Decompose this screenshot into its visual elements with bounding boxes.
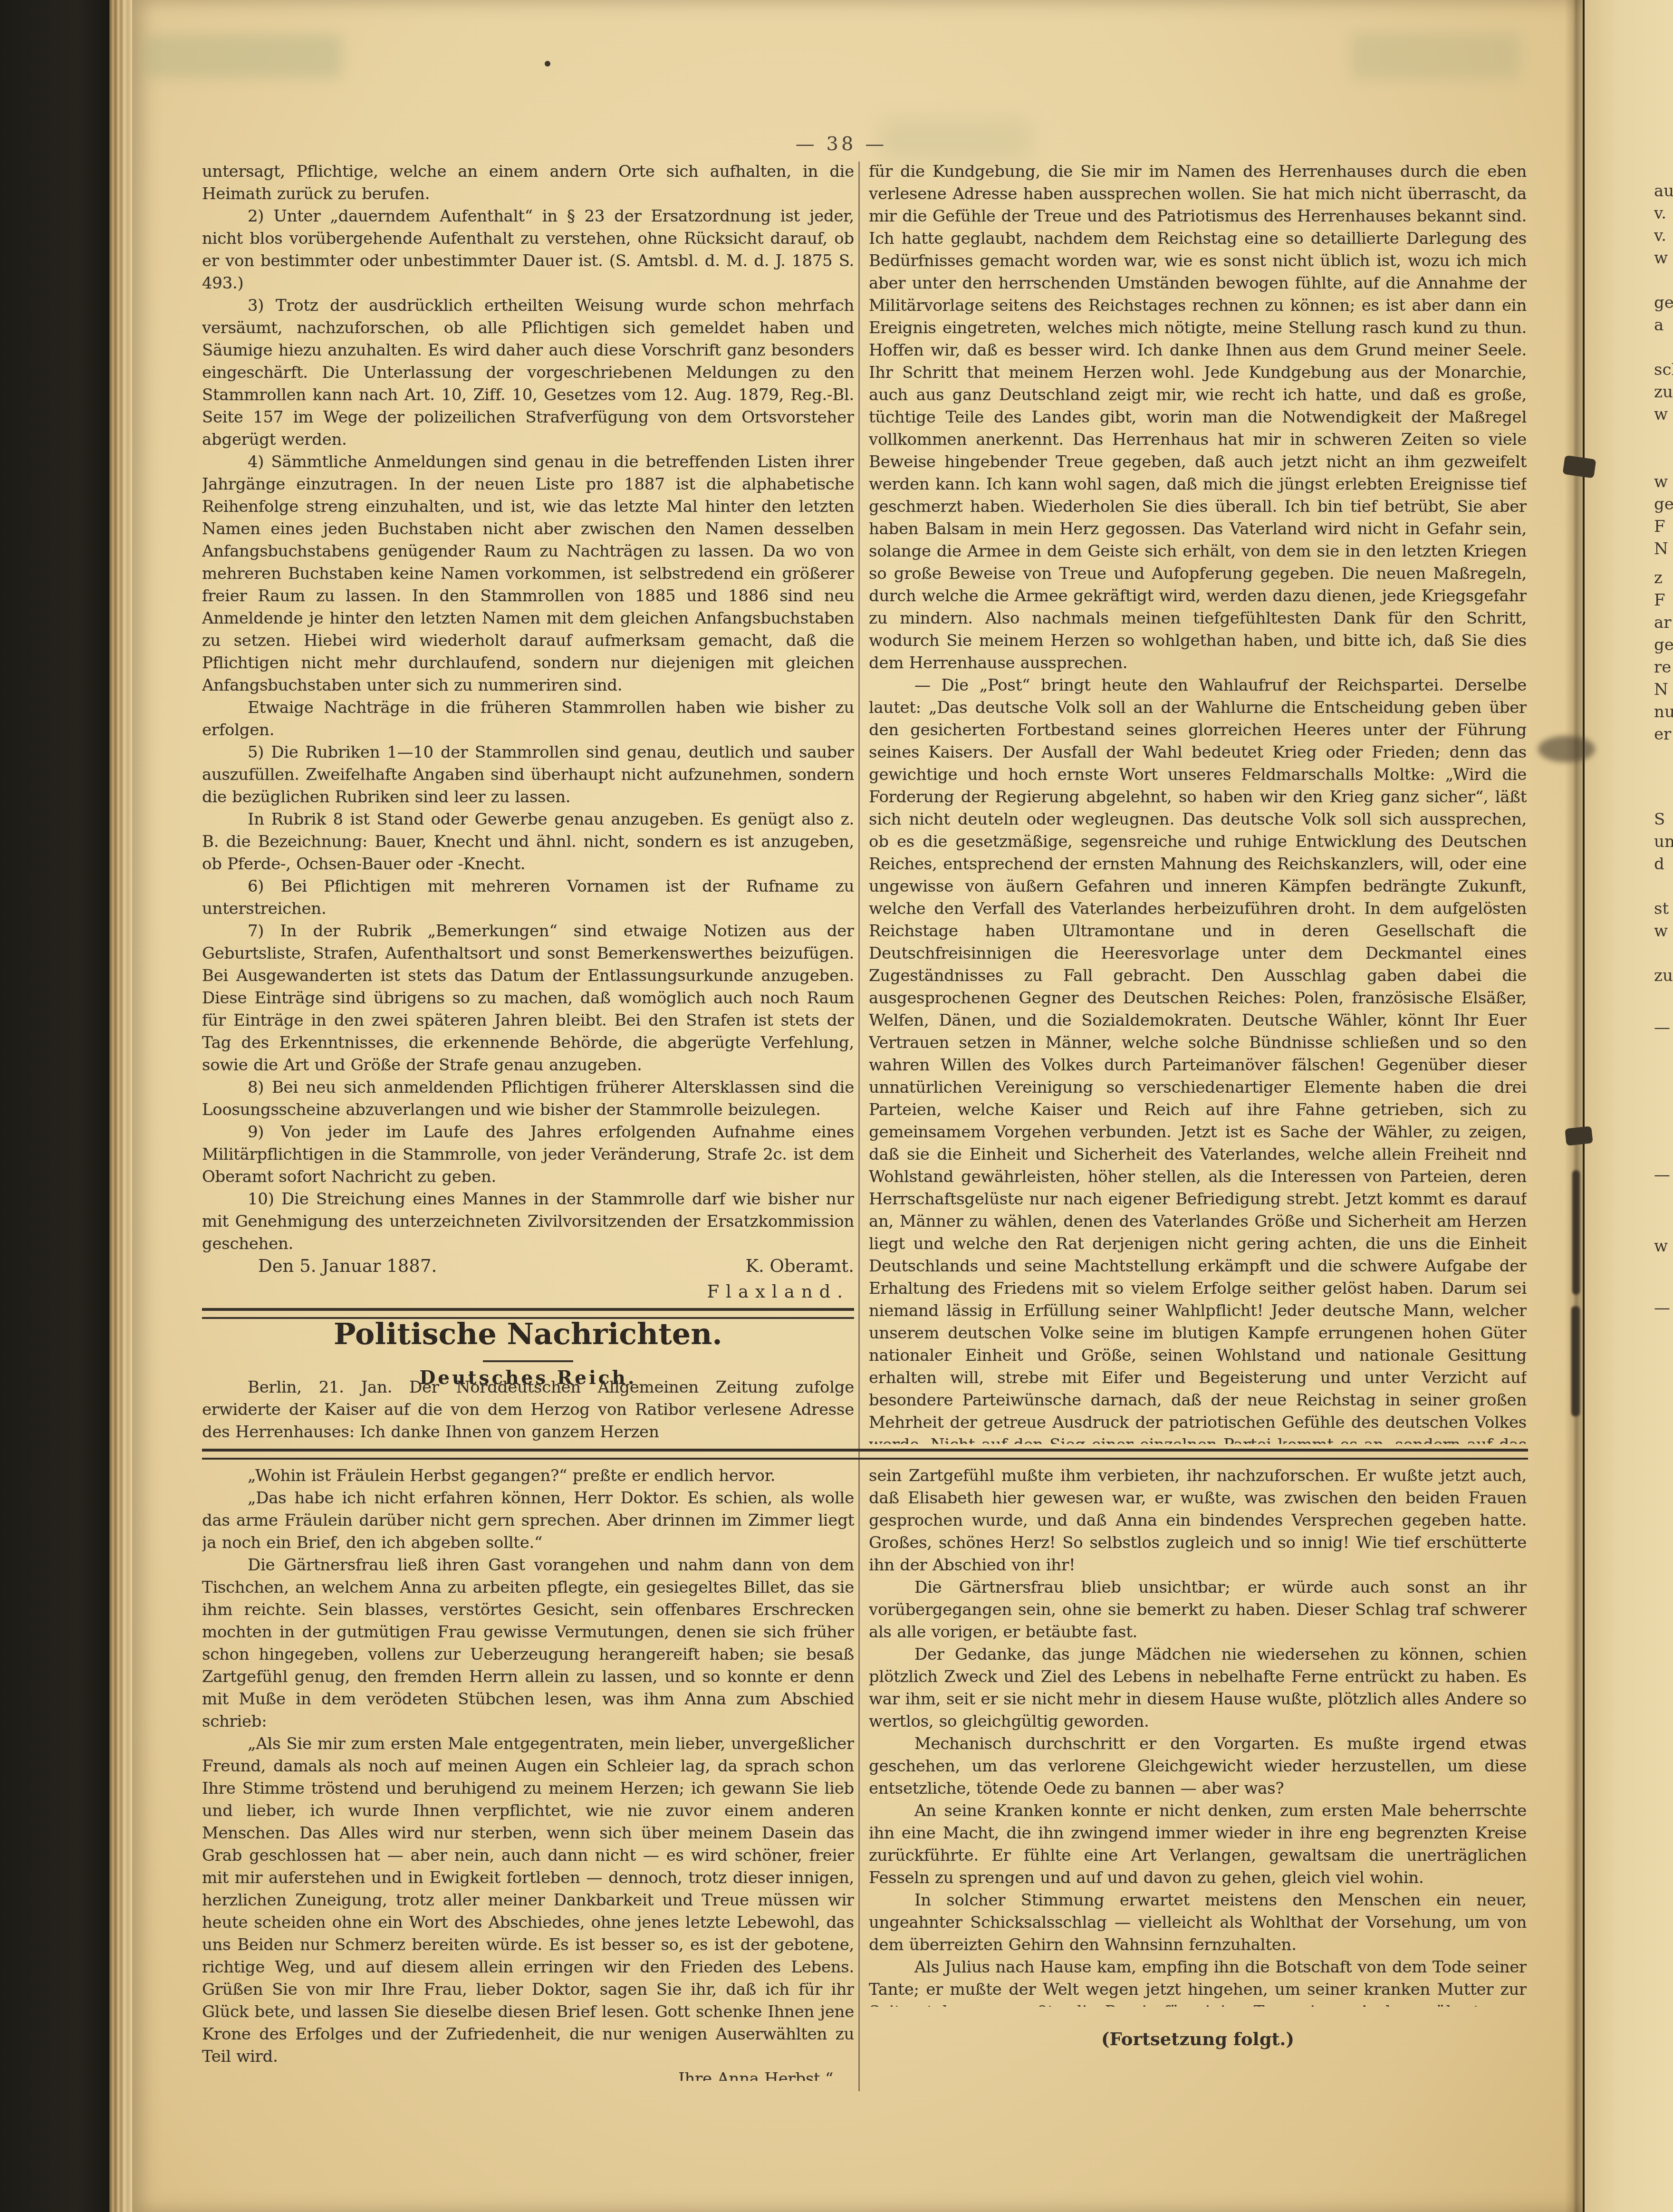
notice-paragraph: 9) Von jeder im Laufe des Jahres erfolge… (202, 1121, 854, 1188)
notice-paragraph: In Rubrik 8 ist Stand oder Gewerbe genau… (202, 808, 854, 875)
feuilleton-paragraph: Als Julius nach Hause kam, empfing ihn d… (869, 1956, 1527, 2007)
adjacent-line-fragment: w (1654, 1237, 1673, 1256)
notice-date: Den 5. Januar 1887. (202, 1256, 437, 1276)
adjacent-line-fragment: w (1654, 405, 1673, 424)
feuilleton-paragraph: In solcher Stimmung erwartet meistens de… (869, 1889, 1527, 1956)
kaiser-reply-column: für die Kundgebung, die Sie mir im Namen… (869, 161, 1527, 1444)
notice-signature-name: Flaxland. (202, 1281, 849, 1302)
feuilleton-right-column: sein Zartgefühl mußte ihm verbieten, ihr… (869, 1465, 1527, 2007)
adjacent-line-fragment: — (1654, 1298, 1673, 1318)
adjacent-line-fragment: sch (1654, 360, 1673, 379)
adjacent-line-fragment: ge (1654, 635, 1673, 654)
adjacent-line-fragment: — (1654, 1165, 1673, 1184)
adjacent-line-fragment: d (1654, 855, 1673, 874)
notice-paragraph: 4) Sämmtliche Anmeldungen sind genau in … (202, 451, 854, 697)
ink-streak (1571, 1306, 1580, 1416)
ghost-impression (1350, 32, 1521, 80)
adjacent-line-fragment: w (1654, 472, 1673, 491)
feuilleton-paragraph: „Als Sie mir zum ersten Male entgegentra… (202, 1733, 854, 2068)
adjacent-line-fragment: re (1654, 658, 1673, 677)
politics-paragraph: — Die „Post“ bringt heute den Wahlaufruf… (869, 674, 1527, 1444)
adjacent-line-fragment: nu (1654, 702, 1673, 721)
book-gutter (0, 0, 109, 2212)
feuilleton-paragraph: Ihre Anna Herbst.“ (202, 2068, 854, 2081)
adjacent-line-fragment: F (1654, 517, 1673, 536)
notice-paragraph: 7) In der Rubrik „Bemerkungen“ sind etwa… (202, 920, 854, 1077)
paper-hole (1565, 1126, 1593, 1146)
adjacent-line-fragment: w (1654, 249, 1673, 268)
adjacent-line-fragment: — (1654, 1018, 1673, 1037)
adjacent-line-fragment: er (1654, 725, 1673, 744)
adjacent-line-fragment: w (1654, 922, 1673, 941)
feuilleton-paragraph: An seine Kranken konnte er nicht denken,… (869, 1800, 1527, 1889)
feuilleton-paragraph: Die Gärtnersfrau ließ ihren Gast vorange… (202, 1554, 854, 1733)
feuilleton-left-column: „Wohin ist Fräulein Herbst gegangen?“ pr… (202, 1465, 854, 2081)
adjacent-line-fragment: a (1654, 316, 1673, 335)
ghost-impression (143, 34, 342, 78)
feuilleton-paragraph: Der Gedanke, das junge Mädchen nie wiede… (869, 1644, 1527, 1733)
page-stack-edges (109, 0, 132, 2212)
adjacent-line-fragment: ge (1654, 495, 1673, 514)
adjacent-line-fragment: z (1654, 568, 1673, 587)
adjacent-line-fragment: zu (1654, 966, 1673, 985)
notice-paragraph: 6) Bei Pflichtigen mit mehreren Vornamen… (202, 875, 854, 920)
adjacent-line-fragment: v. (1654, 226, 1673, 245)
adjacent-line-fragment: ar (1654, 613, 1673, 632)
notice-paragraph: 8) Bei neu sich anmeldenden Pflichtigen … (202, 1077, 854, 1121)
adjacent-line-fragment: un (1654, 832, 1673, 851)
adjacent-line-fragment: v. (1654, 204, 1673, 223)
ink-speck (545, 61, 550, 67)
page-number: — 38 — (741, 133, 941, 155)
notice-paragraph: Etwaige Nachträge in die früheren Stammr… (202, 697, 854, 741)
notice-signature-office: K. Oberamt. (745, 1256, 854, 1276)
ink-streak (1572, 1170, 1580, 1295)
section-title: Politische Nachrichten. (202, 1317, 854, 1351)
adjacent-line-fragment: S (1654, 810, 1673, 829)
page-fold-shadow (1565, 0, 1585, 2212)
notice-paragraph: 5) Die Rubriken 1—10 der Stammrollen sin… (202, 741, 854, 808)
continuation-note: (Fortsetzung folgt.) (869, 2029, 1527, 2049)
feuilleton-paragraph: „Das habe ich nicht erfahren können, Her… (202, 1487, 854, 1554)
feuilleton-paragraph: sein Zartgefühl mußte ihm verbieten, ihr… (869, 1465, 1527, 1577)
column-divider (858, 162, 860, 2091)
dispatch-paragraph: Berlin, 21. Jan. Der Norddeutschen Allge… (202, 1376, 854, 1443)
notice-paragraph: 10) Die Streichung eines Mannes in der S… (202, 1188, 854, 1253)
notice-paragraph: 2) Unter „dauerndem Aufenthalt“ in § 23 … (202, 205, 854, 295)
feuilleton-paragraph: Mechanisch durchschritt er den Vorgarten… (869, 1733, 1527, 1800)
berlin-dispatch-start: Berlin, 21. Jan. Der Norddeutschen Allge… (202, 1376, 854, 1447)
feuilleton-rule (202, 1449, 1528, 1460)
adjacent-line-fragment: st (1654, 899, 1673, 918)
adjacent-line-fragment: zu (1654, 383, 1673, 402)
notice-paragraph: 3) Trotz der ausdrücklich ertheilten Wei… (202, 295, 854, 451)
adjacent-line-fragment: N (1654, 680, 1673, 699)
feuilleton-paragraph: Die Gärtnersfrau blieb unsichtbar; er wü… (869, 1577, 1527, 1644)
adjacent-page-sliver: auv.v.wgeaschzuwwgeFNzFargereNnuerSundst… (1585, 0, 1673, 2212)
section-title-underline (483, 1360, 573, 1362)
scanned-newspaper-page: — 38 — untersagt, Pflichtige, welche an … (0, 0, 1673, 2212)
politics-paragraph: für die Kundgebung, die Sie mir im Namen… (869, 161, 1527, 674)
notice-paragraph: untersagt, Pflichtige, welche an einem a… (202, 161, 854, 205)
official-notice-column: untersagt, Pflichtige, welche an einem a… (202, 161, 854, 1253)
adjacent-line-fragment: F (1654, 591, 1673, 610)
adjacent-line-fragment: au (1654, 182, 1673, 201)
ink-blot (1538, 736, 1595, 762)
adjacent-line-fragment: N (1654, 539, 1673, 558)
notice-signature-row: Den 5. Januar 1887. K. Oberamt. (202, 1256, 854, 1276)
adjacent-line-fragment: ge (1654, 293, 1673, 312)
feuilleton-paragraph: „Wohin ist Fräulein Herbst gegangen?“ pr… (202, 1465, 854, 1487)
